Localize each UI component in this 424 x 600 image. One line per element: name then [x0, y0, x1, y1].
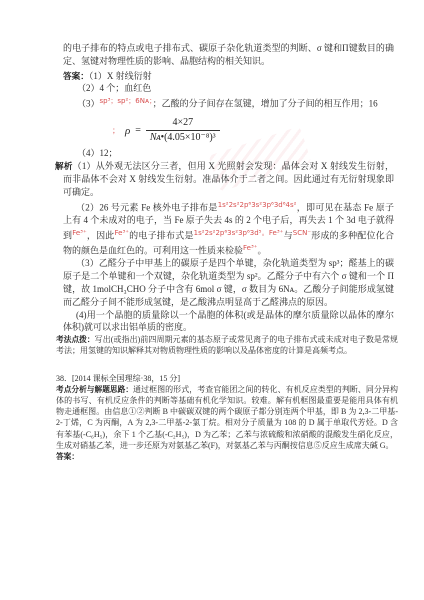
answer-item-3: （3）sp³；sp²；6Nᴀ；；乙酸的分子间存在氢键，增加了分子间的相互作用；1… — [63, 95, 394, 110]
exam-tips: 考法点拨：写出(或指出)前四周期元素的基态原子或常见离子的电子排布式或未成对电子… — [56, 334, 398, 356]
denominator-rest: •(4.05×10⁻⁸)³ — [161, 132, 216, 143]
text-run: 。 — [257, 246, 266, 256]
text-run: SCN⁻ — [293, 229, 311, 237]
text-run: 答案： — [63, 71, 89, 81]
answer-item-2: （2）4 个；血红色 — [63, 82, 394, 95]
document-page: 的电子排布的特点或电子排布式、碳原子杂化轨道类型的判断、σ 键和Π键数目的确定、… — [0, 0, 424, 600]
question-38-heading: 38．[2014 课标全国理综·38，15 分] — [56, 373, 398, 384]
text-run: （3） — [77, 99, 100, 109]
text-run: 1s²2s²2p⁶3s²3p⁶3d⁶4s² — [218, 201, 297, 209]
text-run: （2）26 号元素 Fe 核外电子排布是 — [76, 202, 218, 212]
analysis-1: 解析（1）从外观无法区分三者，但用 X 光照射会发现：晶体会对 X 射线发生衍射… — [63, 160, 394, 198]
text-run: 解析 — [55, 161, 73, 171]
answer-lead-line: 答案：（1）X 射线衍射 — [63, 70, 394, 83]
text-run: ；乙酸的分子间存在氢键，增加了分子间的相互作用；16 — [153, 99, 378, 109]
text-run: 的电子排布式是 — [129, 230, 194, 240]
analysis-4: (4)用一个晶胞的质量除以一个晶胞的体积(或是晶体的摩尔质量除以晶体的摩尔体积)… — [63, 309, 394, 335]
analysis-3: （3）乙醛分子中甲基上的碳原子是四个单键，杂化轨道类型为 sp³；醛基上的碳原子… — [63, 257, 394, 308]
text-run: 答案： — [56, 452, 79, 461]
denominator-avogadro: Nᴀ — [150, 132, 161, 143]
text-run: （1）X 射线衍射 — [89, 71, 152, 81]
analysis-2: （2）26 号元素 Fe 核外电子排布是1s²2s²2p⁶3s²3p⁶3d⁶4s… — [63, 199, 394, 258]
formula-fraction: 4×27Nᴀ•(4.05×10⁻⁸)³ — [146, 117, 220, 144]
text-run: 考点分析与解题思路： — [56, 385, 133, 394]
text-run: 1s²2s²2p⁶3s²3p⁶3d⁵。Fe³⁺ — [194, 229, 284, 237]
text-run: sp³；sp²；6Nᴀ； — [100, 97, 153, 105]
text-run: 考法点拨： — [56, 335, 95, 344]
fraction-numerator: 4×27 — [168, 117, 197, 130]
text-run: （3）乙醛分子中甲基上的碳原子是四个单键，杂化轨道类型为 sp³；醛基上的碳原子… — [63, 258, 394, 306]
answer-item-4: （4）12； — [63, 147, 394, 160]
density-formula: ；ρ=4×27Nᴀ•(4.05×10⁻⁸)³ — [112, 117, 424, 144]
answer-38-lead: 答案： — [56, 451, 398, 462]
text-run: （1）从外观无法区分三者，但用 X 光照射会发现：晶体会对 X 射线发生衍射，而… — [63, 161, 394, 197]
formula-equals: = — [135, 125, 141, 136]
text-run: 38．[2014 课标全国理综·38，15 分] — [56, 374, 180, 383]
text-run: （2）4 个；血红色 — [77, 83, 151, 93]
text-run: （4）12； — [77, 148, 118, 158]
formula-red-mark: ； — [112, 125, 120, 136]
text-run: Fe³⁺ — [115, 229, 129, 237]
intro-continuation: 的电子排布的特点或电子排布式、碳原子杂化轨道类型的判断、σ 键和Π键数目的确定、… — [63, 42, 394, 68]
question-38-analysis: 考点分析与解题思路：通过框图的形式，考查官能团之间的转化、有机反应类型的判断、同… — [56, 384, 398, 451]
text-run: 与 — [283, 230, 292, 240]
text-run: Fe³⁺ — [72, 229, 86, 237]
text-run: 的电子排布的特点或电子排布式、碳原子杂化轨道类型的判断、σ 键和Π键数目的确定、… — [63, 43, 394, 66]
formula-rho: ρ — [125, 125, 130, 137]
document-content: 的电子排布的特点或电子排布式、碳原子杂化轨道类型的判断、σ 键和Π键数目的确定、… — [0, 42, 424, 462]
text-run: 通过框图的形式，考查官能团之间的转化、有机反应类型的判断、同分异构体的书写、有机… — [56, 385, 398, 450]
text-run: (4)用一个晶胞的质量除以一个晶胞的体积(或是晶体的摩尔质量除以晶体的摩尔体积)… — [63, 310, 394, 333]
fraction-denominator: Nᴀ•(4.05×10⁻⁸)³ — [146, 130, 220, 145]
text-run: Fe³⁺ — [243, 244, 257, 252]
text-run: ，因此 — [87, 230, 115, 240]
text-run: 写出(或指出)前四周期元素的基态原子或常见离子的电子排布式或未成对电子数是常规考… — [56, 335, 398, 355]
